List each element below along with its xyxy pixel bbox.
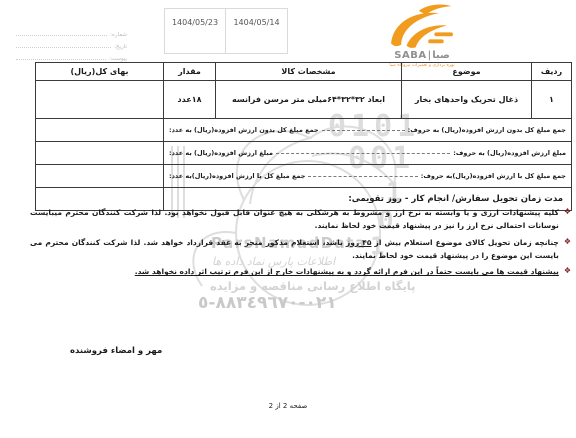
- col-header-radif: ردیف: [532, 63, 572, 81]
- note-item: ❖ کلیه پیشنهادات ارزی و یا وابسته به نرخ…: [30, 206, 571, 233]
- sum-words-label: جمع مبلغ کل بدون ارزش افزوده(ریال) به حر…: [408, 126, 566, 134]
- sum-words-label: جمع مبلغ کل با ارزش افزوده(ریال)به حروف:: [421, 172, 566, 180]
- sum-amount-blank: [36, 142, 164, 165]
- sum-digits-label: جمع مبلغ کل با ارزش افزوده(ریال)به عدد:: [169, 172, 305, 180]
- item-subject: ذغال تحریک واحدهای بخار: [402, 81, 532, 119]
- col-header-subject: موضوع: [402, 63, 532, 81]
- sum-words-label: مبلغ ارزش افزوده(ریال) به حروف:: [453, 149, 566, 157]
- date-value-right: 1404/05/14: [226, 8, 288, 54]
- note-text: کلیه پیشنهادات ارزی و یا وابسته به نرخ ا…: [30, 206, 559, 233]
- note-item: ❖ چنانچه زمان تحویل کالای موضوع استعلام …: [30, 236, 571, 263]
- logo-persian-name: صبا: [432, 50, 450, 61]
- sum-amount-blank: [36, 165, 164, 188]
- date-value-left: 1404/05/23: [164, 8, 226, 54]
- dashed-fill-line: [276, 153, 450, 154]
- note-text: چنانچه زمان تحویل کالای موضوع استعلام بی…: [30, 236, 559, 263]
- note-text-underlined: پیشنهاد قیمت ها می بایست حتماً در این فر…: [135, 267, 559, 276]
- note-text-underlined: ۴۵ روز: [346, 238, 372, 247]
- item-radif: ۱: [532, 81, 572, 119]
- sum-amount-blank: [36, 119, 164, 142]
- sum-row-without-vat: جمع مبلغ کل بدون ارزش افزوده(ریال) به حر…: [36, 119, 572, 142]
- sum-labels-cell: جمع مبلغ کل بدون ارزش افزوده(ریال) به حر…: [164, 119, 572, 142]
- col-header-specs: مشخصات کالا: [216, 63, 402, 81]
- logo-latin-name: SABA: [394, 50, 426, 61]
- item-total-blank: [36, 81, 164, 119]
- meta-date-label: تاریخ:: [114, 44, 127, 50]
- logo-divider: |: [428, 50, 432, 61]
- sum-row-vat: مبلغ ارزش افزوده(ریال) به حروف: مبلغ ارز…: [36, 142, 572, 165]
- dotted-line: [16, 47, 111, 48]
- dashed-fill-line: [322, 130, 405, 131]
- diamond-bullet-icon: ❖: [564, 265, 571, 278]
- meta-number-row: شماره:: [14, 29, 127, 41]
- sum-labels-cell: جمع مبلغ کل با ارزش افزوده(ریال)به حروف:…: [164, 165, 572, 188]
- letterhead-meta: شماره: تاریخ: پیوست:: [14, 29, 127, 65]
- table-header-row: ردیف موضوع مشخصات کالا مقدار بهای کل(ریا…: [36, 63, 572, 81]
- diamond-bullet-icon: ❖: [564, 206, 571, 233]
- dotted-line: [16, 35, 107, 36]
- item-qty: ۱۸عدد: [164, 81, 216, 119]
- note-text-part: کلیه پیشنهادات ارزی و یا وابسته به نرخ ا…: [30, 208, 559, 230]
- page-number: صفحه 2 از 2: [0, 402, 576, 410]
- sum-labels-cell: مبلغ ارزش افزوده(ریال) به حروف: مبلغ ارز…: [164, 142, 572, 165]
- company-logo: صبا|SABA بهره برداری و تعمیرات نیروگاه ص…: [372, 3, 472, 68]
- saba-swoosh-icon: [383, 3, 461, 51]
- logo-wordmark: صبا|SABA: [372, 51, 472, 61]
- table-row: ۱ ذغال تحریک واحدهای بخار ابعاد ۳۲*۳۲*۶۴…: [36, 81, 572, 119]
- watermark-phone-number: ٠٢١-٨٨٣٤٩٦٧٠-٥: [198, 293, 337, 313]
- note-item: ❖ پیشنهاد قیمت ها می بایست حتماً در این …: [30, 265, 571, 278]
- col-header-qty: مقدار: [164, 63, 216, 81]
- sum-digits-label: جمع مبلغ کل بدون ارزش افزوده(ریال) به عد…: [169, 126, 319, 134]
- meta-date-row: تاریخ:: [14, 41, 127, 53]
- sum-row-with-vat: جمع مبلغ کل با ارزش افزوده(ریال)به حروف:…: [36, 165, 572, 188]
- meta-number-label: شماره:: [110, 32, 127, 38]
- diamond-bullet-icon: ❖: [564, 236, 571, 263]
- seller-signature-label: مهر و امضاء فروشنده: [70, 346, 162, 356]
- date-cells: 1404/05/23 1404/05/14: [164, 8, 288, 54]
- items-table: ردیف موضوع مشخصات کالا مقدار بهای کل(ریا…: [35, 62, 572, 211]
- item-specs: ابعاد ۳۲*۳۲*۶۴میلی متر مرسن فرانسه: [216, 81, 402, 119]
- notes-section: ❖ کلیه پیشنهادات ارزی و یا وابسته به نرخ…: [30, 206, 571, 282]
- document-page: 0101 001 1 0 1 ParsNamadData اطلاعات پار…: [0, 0, 576, 438]
- sum-digits-label: مبلغ ارزش افزوده(ریال) به عدد:: [169, 149, 273, 157]
- dotted-line: [16, 59, 106, 60]
- note-text: پیشنهاد قیمت ها می بایست حتماً در این فر…: [30, 265, 559, 278]
- note-text-part: چنانچه زمان تحویل کالای موضوع استعلام بی…: [371, 238, 558, 247]
- col-header-total: بهای کل(ریال): [36, 63, 164, 81]
- dashed-fill-line: [308, 176, 417, 177]
